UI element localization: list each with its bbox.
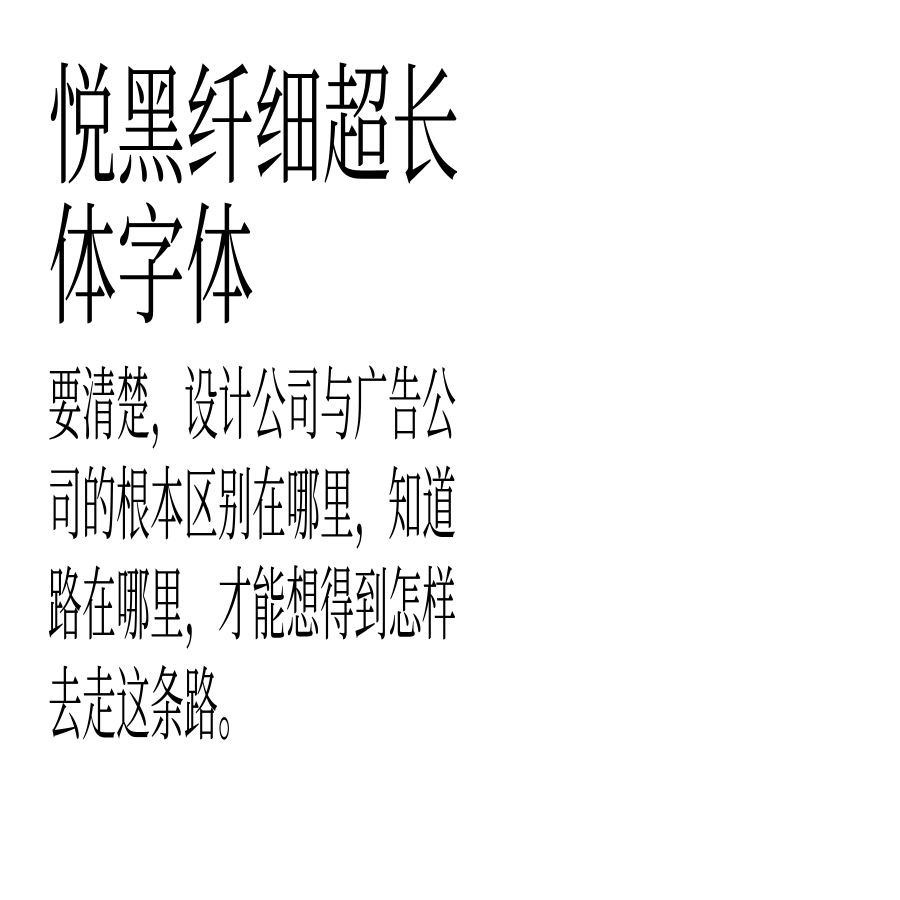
font-specimen-poster: 悦黑纤细超长 体字体 要清楚，设计公司与广告公 司的根本区别在哪里，知道 路在哪… xyxy=(0,0,900,900)
specimen-title-line-1: 悦黑纤细超长 xyxy=(48,58,460,198)
specimen-title: 悦黑纤细超长 体字体 xyxy=(48,58,460,338)
specimen-body-line-3: 路在哪里，才能想得到怎样 xyxy=(48,556,456,656)
specimen-body-line-1: 要清楚，设计公司与广告公 xyxy=(48,356,456,456)
specimen-body-text: 要清楚，设计公司与广告公 司的根本区别在哪里，知道 路在哪里，才能想得到怎样 去… xyxy=(48,356,456,756)
specimen-body-line-4: 去走这条路。 xyxy=(48,656,456,756)
specimen-title-line-2: 体字体 xyxy=(48,198,460,338)
specimen-body-line-2: 司的根本区别在哪里，知道 xyxy=(48,456,456,556)
